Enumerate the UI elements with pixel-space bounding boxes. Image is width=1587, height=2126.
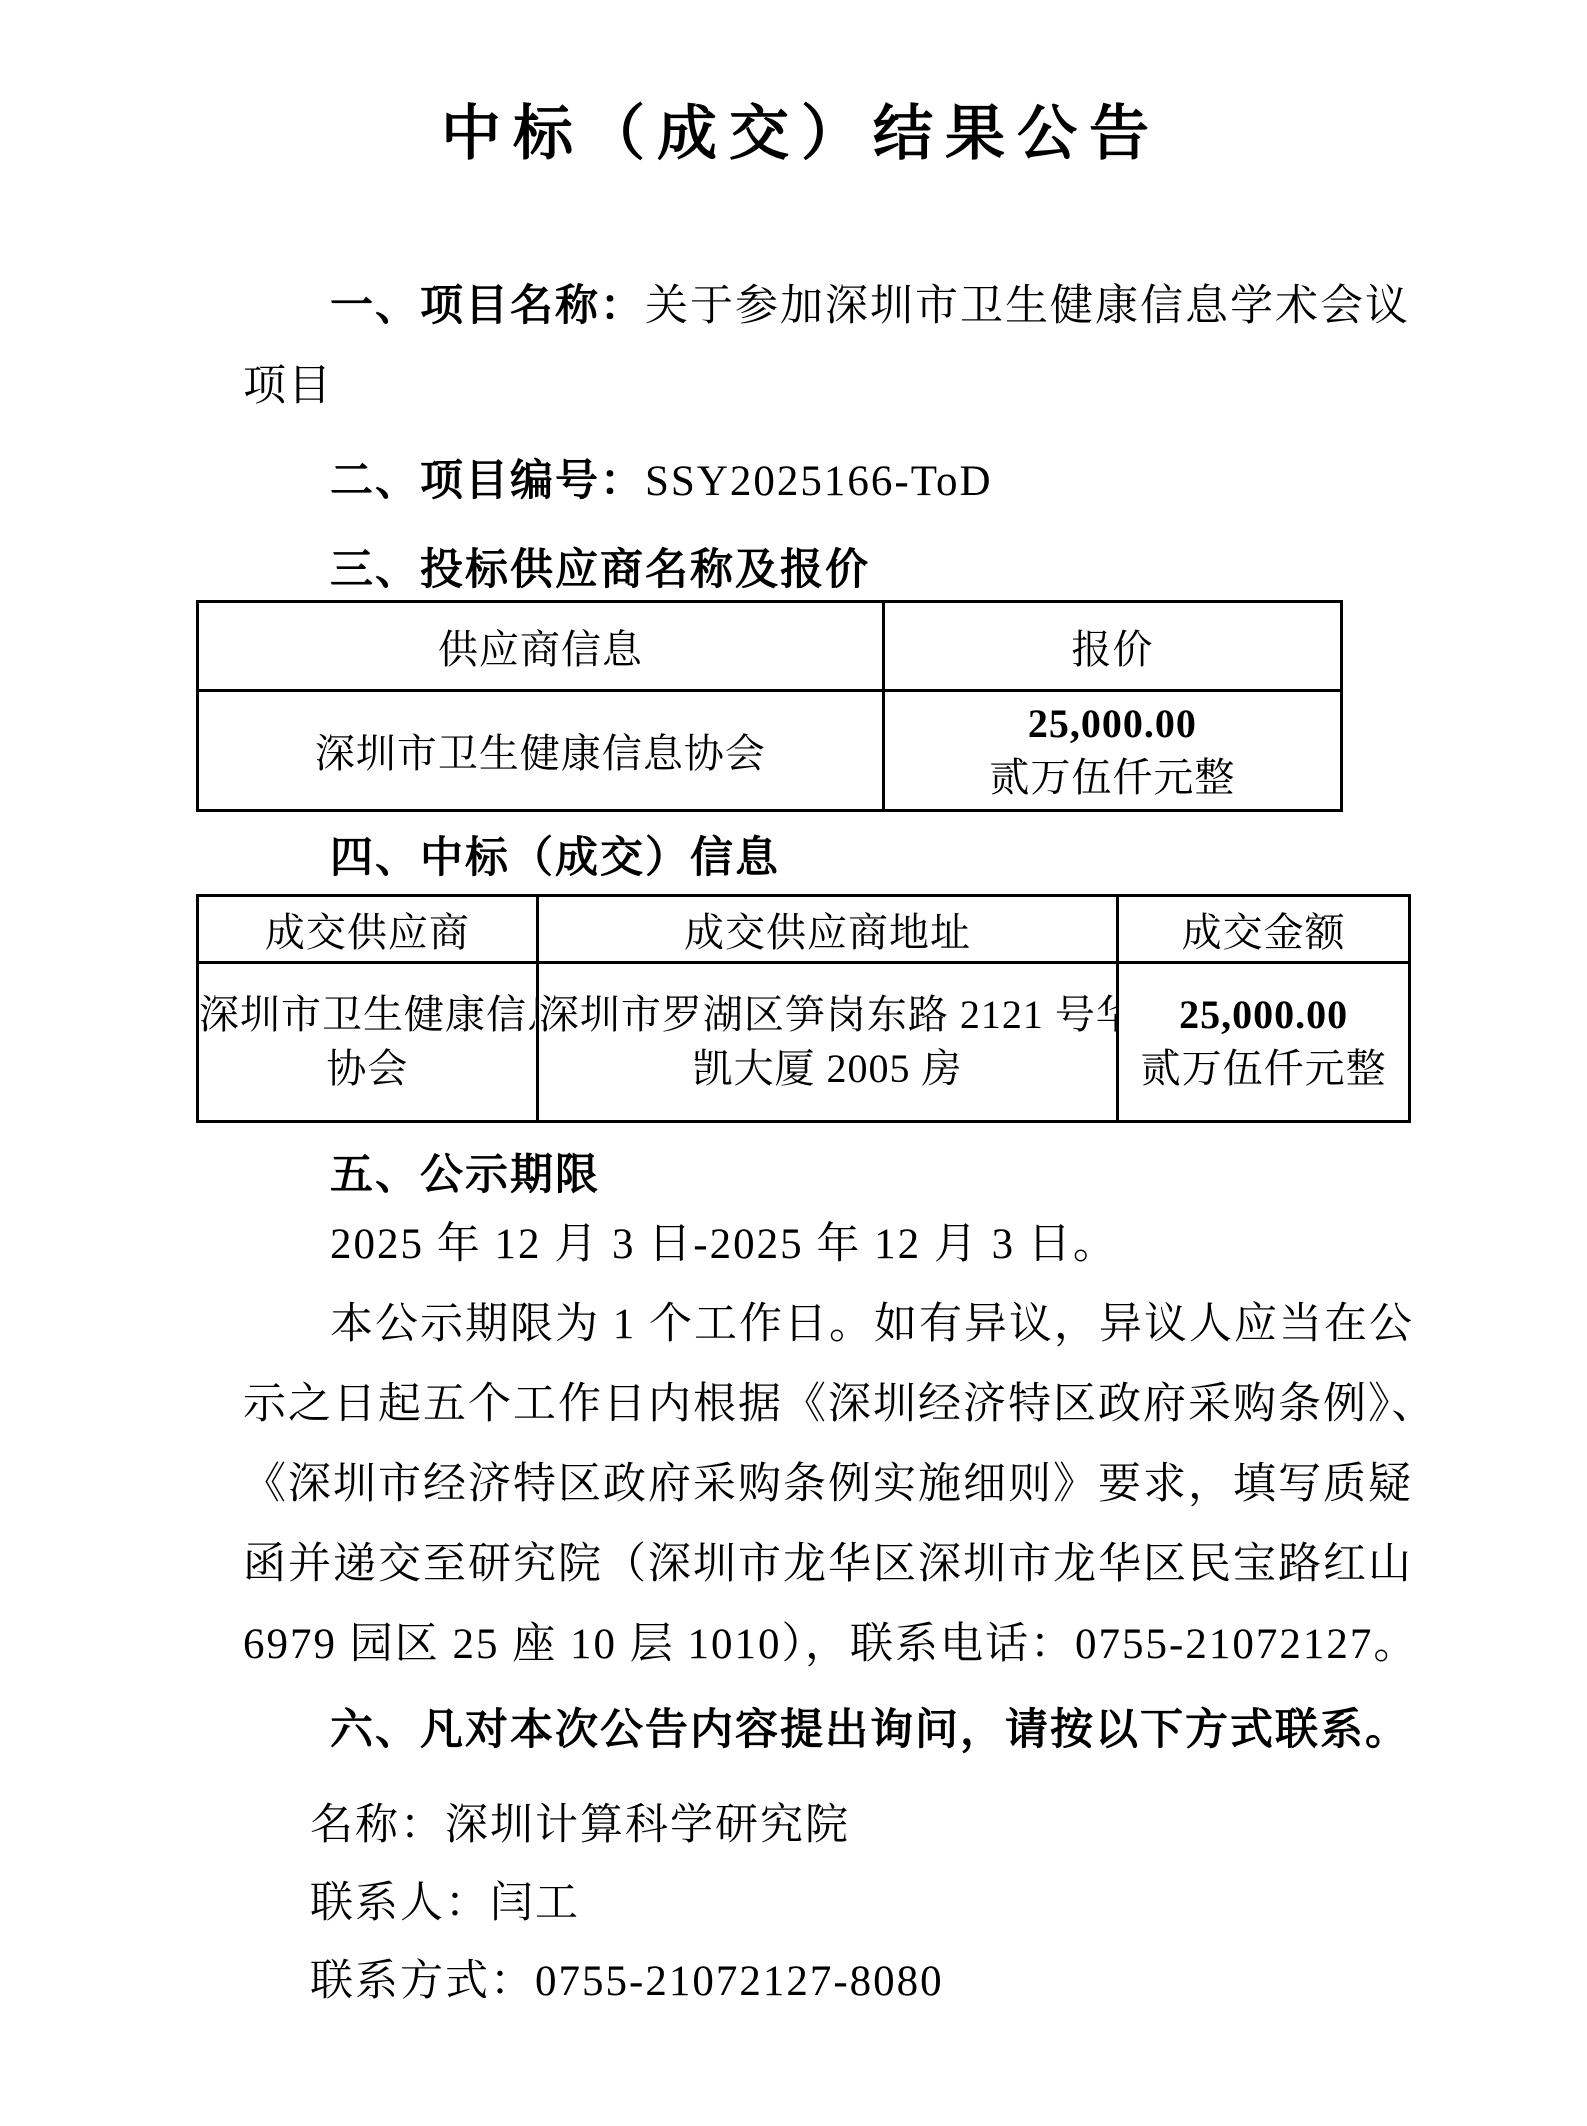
section6-heading: 六、凡对本次公告内容提出询问，请按以下方式联系。 [243,1695,1407,1765]
cell-price: 25,000.00 贰万伍仟元整 [883,691,1341,811]
contact-block: 名称：深圳计算科学研究院 联系人：闫工 联系方式：0755-21072127-8… [243,1787,1407,2021]
section1-line1: 一、项目名称：关于参加深圳市卫生健康信息学术会议 [243,266,1407,347]
publicity-paragraph-line1: 本公示期限为 1 个工作日。如有异议，异议人应当在公 [243,1285,1407,1365]
award-address-line1: 深圳市罗湖区笋岗东路 2121 号华 [539,988,1116,1042]
price-number: 25,000.00 [885,697,1340,751]
award-amount-words: 贰万伍仟元整 [1119,1042,1408,1096]
header-award-supplier: 成交供应商 [198,896,538,963]
contact-method: 联系方式：0755-21072127-8080 [243,1943,1407,2021]
publicity-date-range: 2025 年 12 月 3 日-2025 年 12 月 3 日。 [243,1205,1407,1285]
cell-award-amount: 25,000.00 贰万伍仟元整 [1118,963,1410,1122]
project-number: SSY2025166-ToD [645,458,993,505]
section1-line2: 项目 [243,347,1407,427]
award-info-table: 成交供应商 成交供应商地址 成交金额 深圳市卫生健康信息 协会 深圳市罗湖区笋岗… [196,894,1411,1123]
announcement-content: 中标（成交）结果公告 一、项目名称：关于参加深圳市卫生健康信息学术会议 项目 二… [0,0,1587,2021]
section1-label: 一、项目名称： [330,282,645,330]
header-supplier-info: 供应商信息 [198,602,884,691]
cell-award-address: 深圳市罗湖区笋岗东路 2121 号华 凯大厦 2005 房 [537,963,1117,1122]
page-title: 中标（成交）结果公告 [195,98,1407,170]
publicity-paragraph-line4: 函并递交至研究院（深圳市龙华区深圳市龙华区民宝路红山 [243,1525,1407,1605]
contact-name: 名称：深圳计算科学研究院 [243,1787,1407,1865]
table-row: 深圳市卫生健康信息 协会 深圳市罗湖区笋岗东路 2121 号华 凯大厦 2005… [198,963,1410,1122]
header-award-amount: 成交金额 [1118,896,1410,963]
section1-value: 关于参加深圳市卫生健康信息学术会议 [645,283,1410,330]
bid-price-table: 供应商信息 报价 深圳市卫生健康信息协会 25,000.00 贰万伍仟元整 [196,600,1343,812]
section2-line: 二、项目编号：SSY2025166-ToD [243,441,1407,522]
award-supplier-line1: 深圳市卫生健康信息 [199,988,536,1042]
price-words: 贰万伍仟元整 [885,751,1340,805]
section3-heading: 三、投标供应商名称及报价 [243,540,1407,600]
section2-label: 二、项目编号： [330,457,645,505]
table-row: 深圳市卫生健康信息协会 25,000.00 贰万伍仟元整 [198,691,1342,811]
header-award-address: 成交供应商地址 [537,896,1117,963]
announcement-page: 中标（成交）结果公告 一、项目名称：关于参加深圳市卫生健康信息学术会议 项目 二… [0,0,1587,2126]
award-supplier-line2: 协会 [199,1042,536,1096]
publicity-paragraph-line5: 6979 园区 25 座 10 层 1010），联系电话：0755-210721… [243,1605,1407,1685]
award-amount-number: 25,000.00 [1119,988,1408,1042]
table-header-row: 供应商信息 报价 [198,602,1342,691]
contact-person: 联系人：闫工 [243,1865,1407,1943]
cell-supplier: 深圳市卫生健康信息协会 [198,691,884,811]
section4-heading: 四、中标（成交）信息 [243,828,1407,888]
publicity-paragraph-line3: 《深圳市经济特区政府采购条例实施细则》要求，填写质疑 [243,1445,1407,1525]
publicity-paragraph-line2: 示之日起五个工作日内根据《深圳经济特区政府采购条例》、 [243,1365,1407,1445]
award-address-line2: 凯大厦 2005 房 [539,1042,1116,1096]
cell-award-supplier: 深圳市卫生健康信息 协会 [198,963,538,1122]
header-price: 报价 [883,602,1341,691]
section5-heading: 五、公示期限 [243,1145,1407,1205]
table-header-row: 成交供应商 成交供应商地址 成交金额 [198,896,1410,963]
